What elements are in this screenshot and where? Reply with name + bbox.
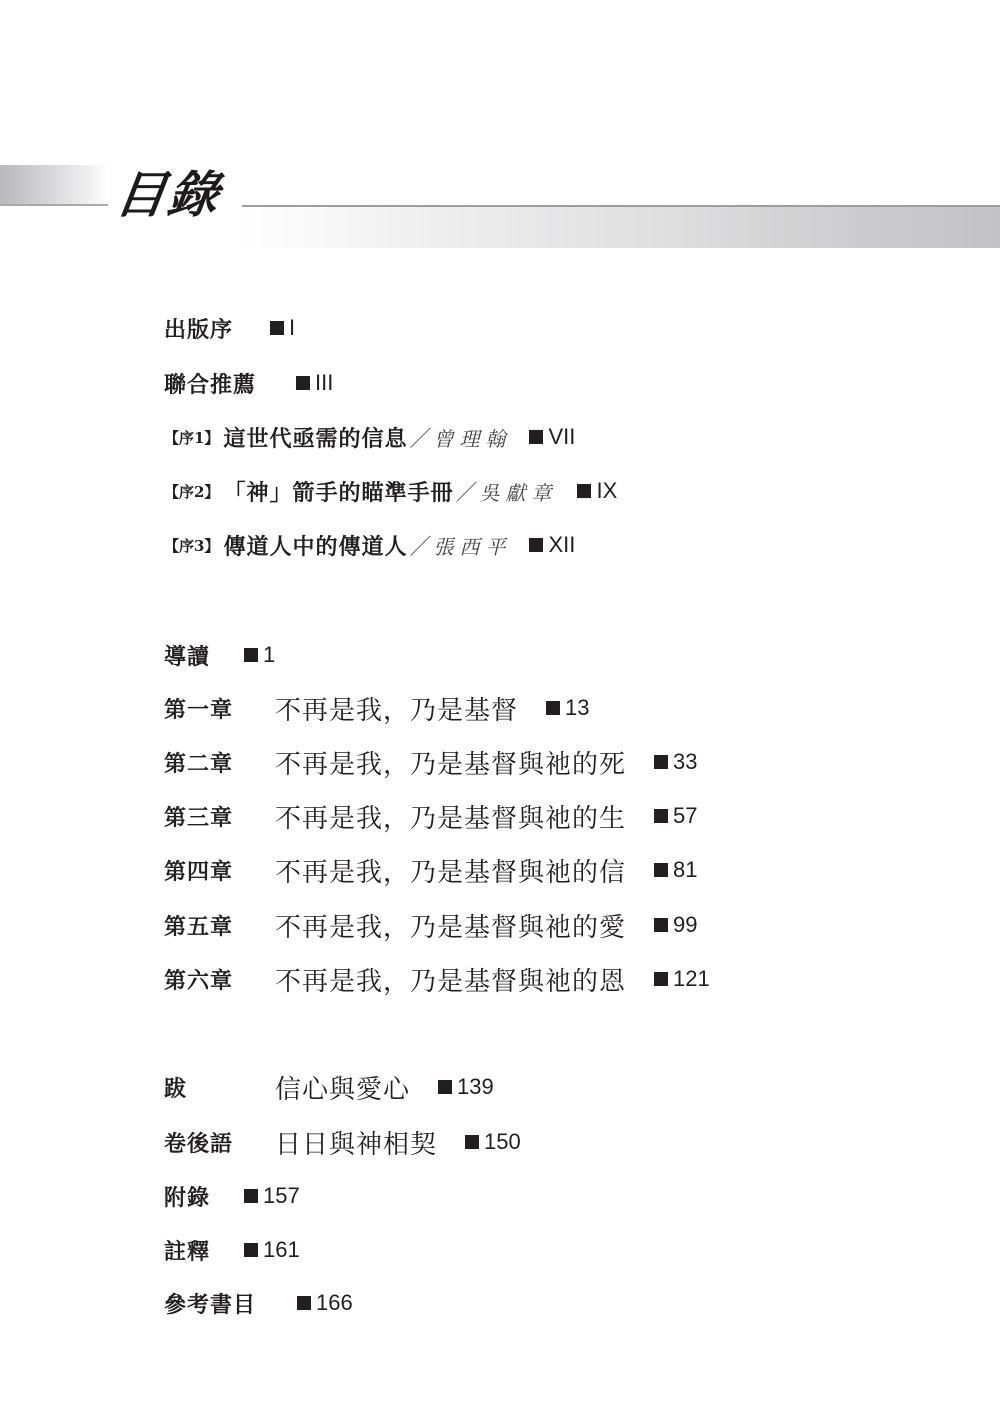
chapter-title: 不再是我，乃是基督 — [275, 690, 518, 727]
page-ref: 57 — [654, 803, 697, 829]
toc-entry-preface-2[interactable]: 【序2】 「神」箭手的瞄準手冊 ／ 吳獻章 IX — [164, 474, 617, 508]
chapter-title: 不再是我，乃是基督與祂的恩 — [275, 961, 626, 998]
toc-entry-preface-1[interactable]: 【序1】 這世代亟需的信息 ／ 曾理翰 VII — [164, 420, 575, 454]
chapter-label: 第四章 — [164, 855, 275, 886]
page-number: 161 — [263, 1237, 300, 1263]
chapter-title: 不再是我，乃是基督與祂的死 — [275, 744, 626, 781]
preface-tag: 【序3】 — [164, 535, 219, 556]
page-ref: 161 — [244, 1237, 300, 1263]
page-ref: 166 — [297, 1290, 353, 1316]
chapter-title: 不再是我，乃是基督與祂的信 — [275, 852, 626, 889]
page-number: 99 — [673, 912, 697, 938]
page-ref: III — [296, 370, 333, 396]
preface-title: 「神」箭手的瞄準手冊 — [223, 476, 453, 507]
black-square-icon — [546, 701, 560, 715]
page-number: III — [315, 370, 333, 396]
toc-entry-epilogue[interactable]: 跋 信心與愛心 139 — [164, 1070, 494, 1104]
toc-entry-chapter-5[interactable]: 第五章 不再是我，乃是基督與祂的愛 99 — [164, 908, 698, 942]
toc-entry-notes[interactable]: 註釋 161 — [164, 1233, 300, 1267]
chapter-title: 不再是我，乃是基督與祂的生 — [275, 798, 626, 835]
toc-label: 聯合推薦 — [164, 368, 296, 399]
page-number: 121 — [673, 966, 710, 992]
page-ref: 13 — [546, 695, 589, 721]
page-number: 57 — [673, 803, 697, 829]
page-number: 81 — [673, 857, 697, 883]
toc-label: 參考書目 — [164, 1288, 297, 1319]
toc-label: 附錄 — [164, 1181, 244, 1212]
black-square-icon — [244, 1189, 258, 1203]
page-ref: XII — [529, 532, 575, 558]
toc-entry-publisher-preface[interactable]: 出版序 I — [164, 311, 295, 345]
toc-label: 導讀 — [164, 640, 244, 671]
preface-tag: 【序1】 — [164, 427, 219, 448]
section-title: 信心與愛心 — [275, 1069, 410, 1106]
preface-tag: 【序2】 — [164, 481, 219, 502]
chapter-label: 第一章 — [164, 693, 275, 724]
black-square-icon — [244, 648, 258, 662]
chapter-label: 第五章 — [164, 910, 275, 941]
chapter-label: 第六章 — [164, 964, 275, 995]
preface-author: 張西平 — [433, 531, 511, 560]
slash-separator: ／ — [455, 476, 477, 507]
toc-label: 卷後語 — [164, 1127, 275, 1158]
toc-entry-chapter-4[interactable]: 第四章 不再是我，乃是基督與祂的信 81 — [164, 853, 698, 887]
page-title: 目錄 — [112, 170, 223, 220]
black-square-icon — [529, 538, 543, 552]
toc-entry-appendix[interactable]: 附錄 157 — [164, 1179, 300, 1213]
header-left-rule — [0, 204, 108, 206]
section-title: 日日與神相契 — [275, 1124, 437, 1161]
slash-separator: ／ — [409, 530, 431, 561]
page-ref: IX — [577, 478, 617, 504]
page-number: XII — [548, 532, 575, 558]
page-ref: 1 — [244, 642, 275, 668]
page-ref: 121 — [654, 966, 710, 992]
page-number: 166 — [316, 1290, 353, 1316]
page-ref: VII — [529, 424, 575, 450]
preface-title: 傳道人中的傳道人 — [223, 530, 407, 561]
black-square-icon — [654, 863, 668, 877]
toc-entry-chapter-6[interactable]: 第六章 不再是我，乃是基督與祂的恩 121 — [164, 962, 710, 996]
black-square-icon — [244, 1243, 258, 1257]
toc-entry-joint-recommendation[interactable]: 聯合推薦 III — [164, 366, 333, 400]
toc-entry-chapter-1[interactable]: 第一章 不再是我，乃是基督 13 — [164, 691, 590, 725]
page-number: 13 — [565, 695, 589, 721]
slash-separator: ／ — [409, 422, 431, 453]
page-number: I — [289, 315, 295, 341]
toc-entry-preface-3[interactable]: 【序3】 傳道人中的傳道人 ／ 張西平 XII — [164, 528, 575, 562]
black-square-icon — [654, 972, 668, 986]
page-ref: 81 — [654, 857, 697, 883]
preface-author: 吳獻章 — [479, 477, 557, 506]
toc-entry-afterword[interactable]: 卷後語 日日與神相契 150 — [164, 1125, 521, 1159]
page-ref: 99 — [654, 912, 697, 938]
black-square-icon — [270, 321, 284, 335]
black-square-icon — [296, 376, 310, 390]
page-number: 150 — [484, 1129, 521, 1155]
page-number: 157 — [263, 1183, 300, 1209]
page-number: VII — [548, 424, 575, 450]
page-number: 1 — [263, 642, 275, 668]
chapter-label: 第二章 — [164, 747, 275, 778]
black-square-icon — [465, 1135, 479, 1149]
black-square-icon — [654, 809, 668, 823]
toc-label: 註釋 — [164, 1235, 244, 1266]
preface-title: 這世代亟需的信息 — [223, 422, 407, 453]
toc-label: 跋 — [164, 1072, 275, 1103]
preface-author: 曾理翰 — [433, 423, 511, 452]
black-square-icon — [654, 755, 668, 769]
page-ref: 150 — [465, 1129, 521, 1155]
toc-entry-chapter-3[interactable]: 第三章 不再是我，乃是基督與祂的生 57 — [164, 799, 698, 833]
page-number: 139 — [457, 1074, 494, 1100]
black-square-icon — [529, 430, 543, 444]
toc-entry-bibliography[interactable]: 參考書目 166 — [164, 1286, 353, 1320]
header-right-gradient-bar — [242, 207, 1000, 248]
toc-entry-chapter-2[interactable]: 第二章 不再是我，乃是基督與祂的死 33 — [164, 745, 698, 779]
black-square-icon — [654, 918, 668, 932]
page-ref: I — [270, 315, 295, 341]
header-left-gradient-bar — [0, 165, 108, 205]
black-square-icon — [438, 1080, 452, 1094]
page-ref: 33 — [654, 749, 697, 775]
page-number: IX — [596, 478, 617, 504]
toc-label: 出版序 — [164, 313, 270, 344]
black-square-icon — [297, 1296, 311, 1310]
chapter-title: 不再是我，乃是基督與祂的愛 — [275, 907, 626, 944]
black-square-icon — [577, 484, 591, 498]
page-ref: 157 — [244, 1183, 300, 1209]
toc-entry-introduction[interactable]: 導讀 1 — [164, 638, 275, 672]
chapter-label: 第三章 — [164, 801, 275, 832]
page-number: 33 — [673, 749, 697, 775]
page-ref: 139 — [438, 1074, 494, 1100]
